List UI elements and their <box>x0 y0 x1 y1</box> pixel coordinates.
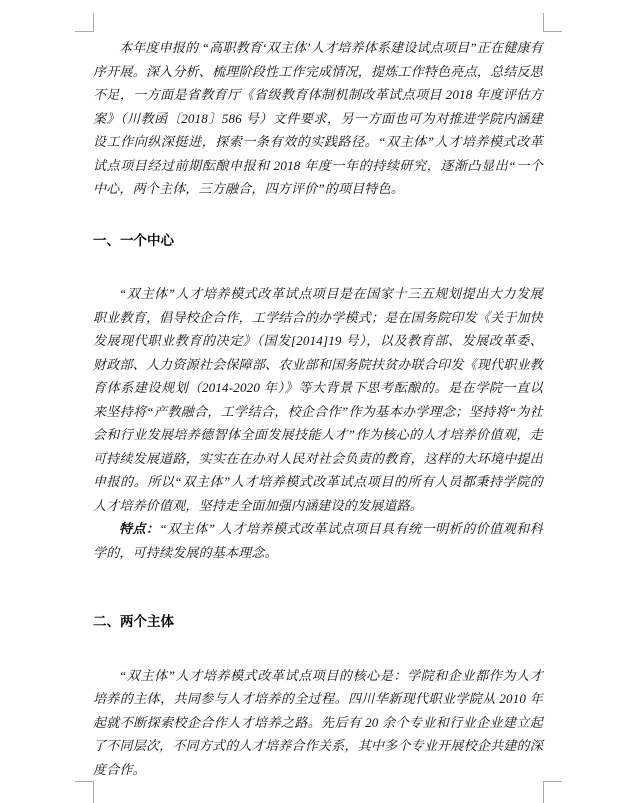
paragraph-feature: 特点：“双主体” 人才培养模式改革试点项目具有统一明析的价值观和科学的，可持续发… <box>93 517 543 564</box>
document-page: 本年度申报的 “高职教育‘双主体’人才培养体系建设试点项目”正在健康有序开展。深… <box>0 0 636 803</box>
paragraph-intro: 本年度申报的 “高职教育‘双主体’人才培养体系建设试点项目”正在健康有序开展。深… <box>93 36 543 201</box>
document-body: 本年度申报的 “高职教育‘双主体’人才培养体系建设试点项目”正在健康有序开展。深… <box>93 36 543 781</box>
paragraph-two-subjects: “双主体”人才培养模式改革试点项目的核心是：学院和企业都作为人才培养的主体，共同… <box>93 664 543 782</box>
feature-text: “双主体” 人才培养模式改革试点项目具有统一明析的价值观和科学的，可持续发展的基… <box>93 521 543 560</box>
heading-section-one-center: 一、一个中心 <box>93 229 543 253</box>
feature-lead-label: 特点： <box>119 521 160 536</box>
crop-mark-top-left <box>75 13 94 32</box>
paragraph-one-center: “双主体”人才培养模式改革试点项目是在国家十三五规划提出大力发展职业教育，倡导校… <box>93 282 543 517</box>
heading-section-two-subjects: 二、两个主体 <box>93 610 543 634</box>
crop-mark-bottom-left <box>75 781 94 803</box>
crop-mark-bottom-right <box>543 781 562 803</box>
crop-mark-top-right <box>543 13 562 32</box>
